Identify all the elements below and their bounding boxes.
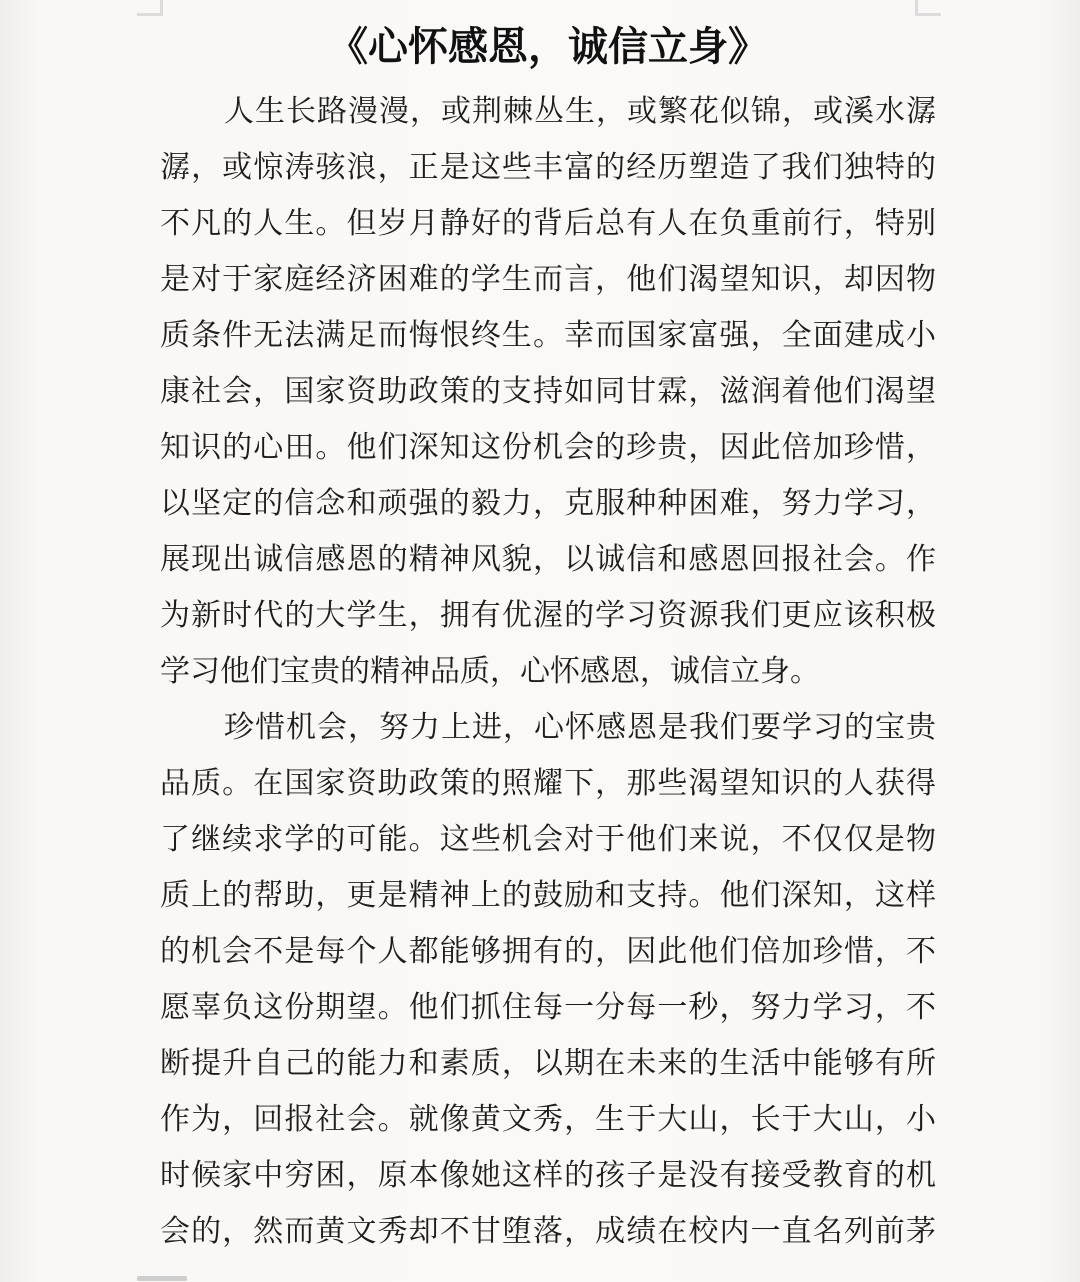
text-line: 展现出诚信感恩的精神风貌，以诚信和感恩回报社会。作 <box>160 532 936 588</box>
text-line: 时候家中穷困，原本像她这样的孩子是没有接受教育的机 <box>160 1148 936 1204</box>
clipped-next-line-fragment <box>137 1276 187 1281</box>
text-line: 不凡的人生。但岁月静好的背后总有人在负重前行，特别 <box>160 196 936 252</box>
text-line: 知识的心田。他们深知这份机会的珍贵，因此倍加珍惜， <box>160 420 936 476</box>
text-line: 人生长路漫漫，或荆棘丛生，或繁花似锦，或溪水潺 <box>160 84 936 140</box>
paragraph: 人生长路漫漫，或荆棘丛生，或繁花似锦，或溪水潺潺，或惊涛骇浪，正是这些丰富的经历… <box>160 84 936 700</box>
paragraph: 珍惜机会，努力上进，心怀感恩是我们要学习的宝贵品质。在国家资助政策的照耀下，那些… <box>160 700 936 1260</box>
text-line: 作为，回报社会。就像黄文秀，生于大山，长于大山，小 <box>160 1092 936 1148</box>
text-line: 学习他们宝贵的精神品质，心怀感恩，诚信立身。 <box>160 644 936 700</box>
page-break-corner-mark-left <box>137 0 163 16</box>
text-line: 会的，然而黄文秀却不甘堕落，成绩在校内一直名列前茅 <box>160 1204 936 1260</box>
text-line: 品质。在国家资助政策的照耀下，那些渴望知识的人获得 <box>160 756 936 812</box>
text-line: 康社会，国家资助政策的支持如同甘霖，滋润着他们渴望 <box>160 364 936 420</box>
essay-text: 人生长路漫漫，或荆棘丛生，或繁花似锦，或溪水潺潺，或惊涛骇浪，正是这些丰富的经历… <box>160 84 936 1260</box>
text-line: 以坚定的信念和顽强的毅力，克服种种困难，努力学习， <box>160 476 936 532</box>
page-title: 《心怀感恩，诚信立身》 <box>160 22 936 72</box>
document-body: 《心怀感恩，诚信立身》 人生长路漫漫，或荆棘丛生，或繁花似锦，或溪水潺潺，或惊涛… <box>160 22 936 1260</box>
page-break-corner-mark-right <box>915 0 941 16</box>
text-line: 潺，或惊涛骇浪，正是这些丰富的经历塑造了我们独特的 <box>160 140 936 196</box>
text-line: 的机会不是每个人都能够拥有的，因此他们倍加珍惜，不 <box>160 924 936 980</box>
text-line: 是对于家庭经济困难的学生而言，他们渴望知识，却因物 <box>160 252 936 308</box>
text-line: 愿辜负这份期望。他们抓住每一分每一秒，努力学习，不 <box>160 980 936 1036</box>
text-line: 了继续求学的可能。这些机会对于他们来说，不仅仅是物 <box>160 812 936 868</box>
text-line: 为新时代的大学生，拥有优渥的学习资源我们更应该积极 <box>160 588 936 644</box>
text-line: 断提升自己的能力和素质，以期在未来的生活中能够有所 <box>160 1036 936 1092</box>
document-page: 《心怀感恩，诚信立身》 人生长路漫漫，或荆棘丛生，或繁花似锦，或溪水潺潺，或惊涛… <box>0 0 1080 1282</box>
text-line: 珍惜机会，努力上进，心怀感恩是我们要学习的宝贵 <box>160 700 936 756</box>
text-line: 质上的帮助，更是精神上的鼓励和支持。他们深知，这样 <box>160 868 936 924</box>
text-line: 质条件无法满足而悔恨终生。幸而国家富强，全面建成小 <box>160 308 936 364</box>
